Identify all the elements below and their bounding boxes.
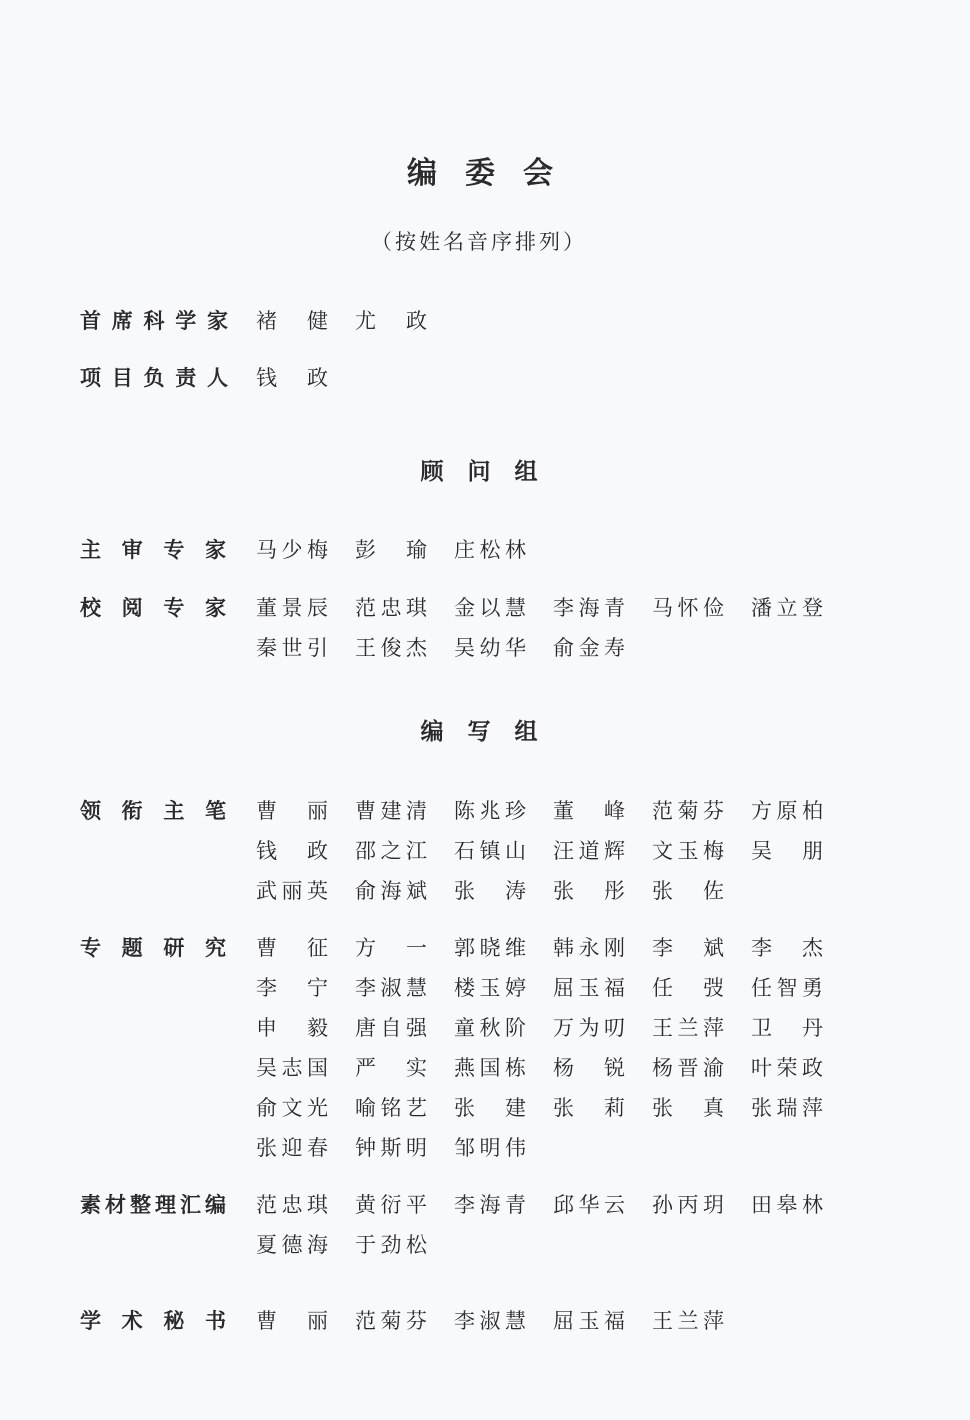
- person-name: 范忠琪: [256, 1191, 328, 1219]
- name-list: 曹征方一郭晓维韩永刚李斌李杰李宁李淑慧楼玉婷屈玉福任弢任智勇申毅唐自强童秋阶万为…: [256, 934, 850, 1162]
- person-name: 张迎春: [256, 1134, 328, 1162]
- role-label: 学术秘书: [80, 1307, 226, 1335]
- person-name: 张佐: [652, 877, 724, 905]
- name-list: 范忠琪黄衍平李海青邱华云孙丙玥田皋林夏德海于劲松: [256, 1191, 850, 1259]
- person-name: 夏德海: [256, 1231, 328, 1259]
- person-name: 杨锐: [553, 1054, 625, 1082]
- role-label: 专题研究: [80, 934, 226, 962]
- person-name: 张涛: [454, 877, 526, 905]
- name-list: 钱政: [256, 364, 850, 392]
- committee-row: 学术秘书曹丽范菊芬李淑慧屈玉福王兰萍: [80, 1307, 850, 1335]
- person-name: 马怀俭: [652, 594, 724, 622]
- person-name: 马少梅: [256, 536, 328, 564]
- person-name: 张真: [652, 1094, 724, 1122]
- person-name: 李淑慧: [355, 974, 427, 1002]
- role-label: 领衔主笔: [80, 797, 226, 825]
- person-name: 张建: [454, 1094, 526, 1122]
- name-list: 曹丽范菊芬李淑慧屈玉福王兰萍: [256, 1307, 850, 1335]
- person-name: 唐自强: [355, 1014, 427, 1042]
- person-name: 吴幼华: [454, 634, 526, 662]
- person-name: 曹丽: [256, 797, 328, 825]
- person-name: 孙丙玥: [652, 1191, 724, 1219]
- person-name: 吴朋: [751, 837, 823, 865]
- person-name: 俞文光: [256, 1094, 328, 1122]
- person-name: 吴志国: [256, 1054, 328, 1082]
- committee-row: 首席科学家褚健尤政: [80, 307, 850, 335]
- person-name: 屈玉福: [553, 974, 625, 1002]
- person-name: 董景辰: [256, 594, 328, 622]
- person-name: 任弢: [652, 974, 724, 1002]
- person-name: 范菊芬: [355, 1307, 427, 1335]
- person-name: 李淑慧: [454, 1307, 526, 1335]
- section-heading: 顾问组: [0, 453, 958, 486]
- person-name: 楼玉婷: [454, 974, 526, 1002]
- person-name: 方一: [355, 934, 427, 962]
- role-label: 主审专家: [80, 536, 226, 564]
- person-name: 董峰: [553, 797, 625, 825]
- person-name: 武丽英: [256, 877, 328, 905]
- person-name: 李海青: [454, 1191, 526, 1219]
- title-char: 委: [465, 148, 495, 192]
- person-name: 李杰: [751, 934, 823, 962]
- person-name: 万为叨: [553, 1014, 625, 1042]
- name-list: 董景辰范忠琪金以慧李海青马怀俭潘立登秦世引王俊杰吴幼华俞金寿: [256, 594, 850, 662]
- person-name: 李斌: [652, 934, 724, 962]
- person-name: 文玉梅: [652, 837, 724, 865]
- person-name: 钱政: [256, 364, 328, 392]
- person-name: 王俊杰: [355, 634, 427, 662]
- person-name: 杨晋渝: [652, 1054, 724, 1082]
- person-name: 田皋林: [751, 1191, 823, 1219]
- person-name: 郭晓维: [454, 934, 526, 962]
- person-name: 潘立登: [751, 594, 823, 622]
- person-name: 方原柏: [751, 797, 823, 825]
- title-char: 编: [407, 148, 437, 192]
- committee-row: 校阅专家董景辰范忠琪金以慧李海青马怀俭潘立登秦世引王俊杰吴幼华俞金寿: [80, 594, 850, 662]
- person-name: 钱政: [256, 837, 328, 865]
- name-list: 褚健尤政: [256, 307, 850, 335]
- person-name: 黄衍平: [355, 1191, 427, 1219]
- person-name: 任智勇: [751, 974, 823, 1002]
- person-name: 邹明伟: [454, 1134, 526, 1162]
- person-name: 石镇山: [454, 837, 526, 865]
- person-name: 褚健: [256, 307, 328, 335]
- person-name: 喻铭艺: [355, 1094, 427, 1122]
- person-name: 张瑞萍: [751, 1094, 823, 1122]
- person-name: 钟斯明: [355, 1134, 427, 1162]
- person-name: 范忠琪: [355, 594, 427, 622]
- person-name: 张莉: [553, 1094, 625, 1122]
- name-list: 曹丽曹建清陈兆珍董峰范菊芬方原柏钱政邵之江石镇山汪道辉文玉梅吴朋武丽英俞海斌张涛…: [256, 797, 850, 905]
- person-name: 俞海斌: [355, 877, 427, 905]
- person-name: 曹征: [256, 934, 328, 962]
- committee-row: 素材整理汇编范忠琪黄衍平李海青邱华云孙丙玥田皋林夏德海于劲松: [80, 1191, 850, 1259]
- person-name: 王兰萍: [652, 1307, 724, 1335]
- person-name: 曹丽: [256, 1307, 328, 1335]
- person-name: 王兰萍: [652, 1014, 724, 1042]
- person-name: 韩永刚: [553, 934, 625, 962]
- role-label: 首席科学家: [80, 307, 228, 335]
- person-name: 范菊芬: [652, 797, 724, 825]
- role-label: 素材整理汇编: [80, 1191, 226, 1219]
- person-name: 尤政: [355, 307, 427, 335]
- person-name: 邱华云: [553, 1191, 625, 1219]
- name-list: 马少梅彭瑜庄松林: [256, 536, 850, 564]
- person-name: 李海青: [553, 594, 625, 622]
- role-label: 校阅专家: [80, 594, 226, 622]
- committee-row: 项目负责人钱政: [80, 364, 850, 392]
- person-name: 俞金寿: [553, 634, 625, 662]
- section-heading: 编写组: [0, 713, 958, 746]
- person-name: 彭瑜: [355, 536, 427, 564]
- person-name: 燕国栋: [454, 1054, 526, 1082]
- page-title: 编委会: [0, 148, 960, 192]
- committee-row: 主审专家马少梅彭瑜庄松林: [80, 536, 850, 564]
- person-name: 于劲松: [355, 1231, 427, 1259]
- person-name: 申毅: [256, 1014, 328, 1042]
- person-name: 张彤: [553, 877, 625, 905]
- person-name: 童秋阶: [454, 1014, 526, 1042]
- person-name: 李宁: [256, 974, 328, 1002]
- person-name: 卫丹: [751, 1014, 823, 1042]
- person-name: 邵之江: [355, 837, 427, 865]
- person-name: 严实: [355, 1054, 427, 1082]
- person-name: 秦世引: [256, 634, 328, 662]
- person-name: 庄松林: [454, 536, 526, 564]
- person-name: 金以慧: [454, 594, 526, 622]
- person-name: 陈兆珍: [454, 797, 526, 825]
- committee-row: 领衔主笔曹丽曹建清陈兆珍董峰范菊芬方原柏钱政邵之江石镇山汪道辉文玉梅吴朋武丽英俞…: [80, 797, 850, 905]
- committee-row: 专题研究曹征方一郭晓维韩永刚李斌李杰李宁李淑慧楼玉婷屈玉福任弢任智勇申毅唐自强童…: [80, 934, 850, 1162]
- person-name: 汪道辉: [553, 837, 625, 865]
- person-name: 叶荣政: [751, 1054, 823, 1082]
- role-label: 项目负责人: [80, 364, 228, 392]
- title-char: 会: [523, 148, 553, 192]
- person-name: 屈玉福: [553, 1307, 625, 1335]
- page-subtitle: （按姓名音序排列）: [0, 226, 958, 256]
- person-name: 曹建清: [355, 797, 427, 825]
